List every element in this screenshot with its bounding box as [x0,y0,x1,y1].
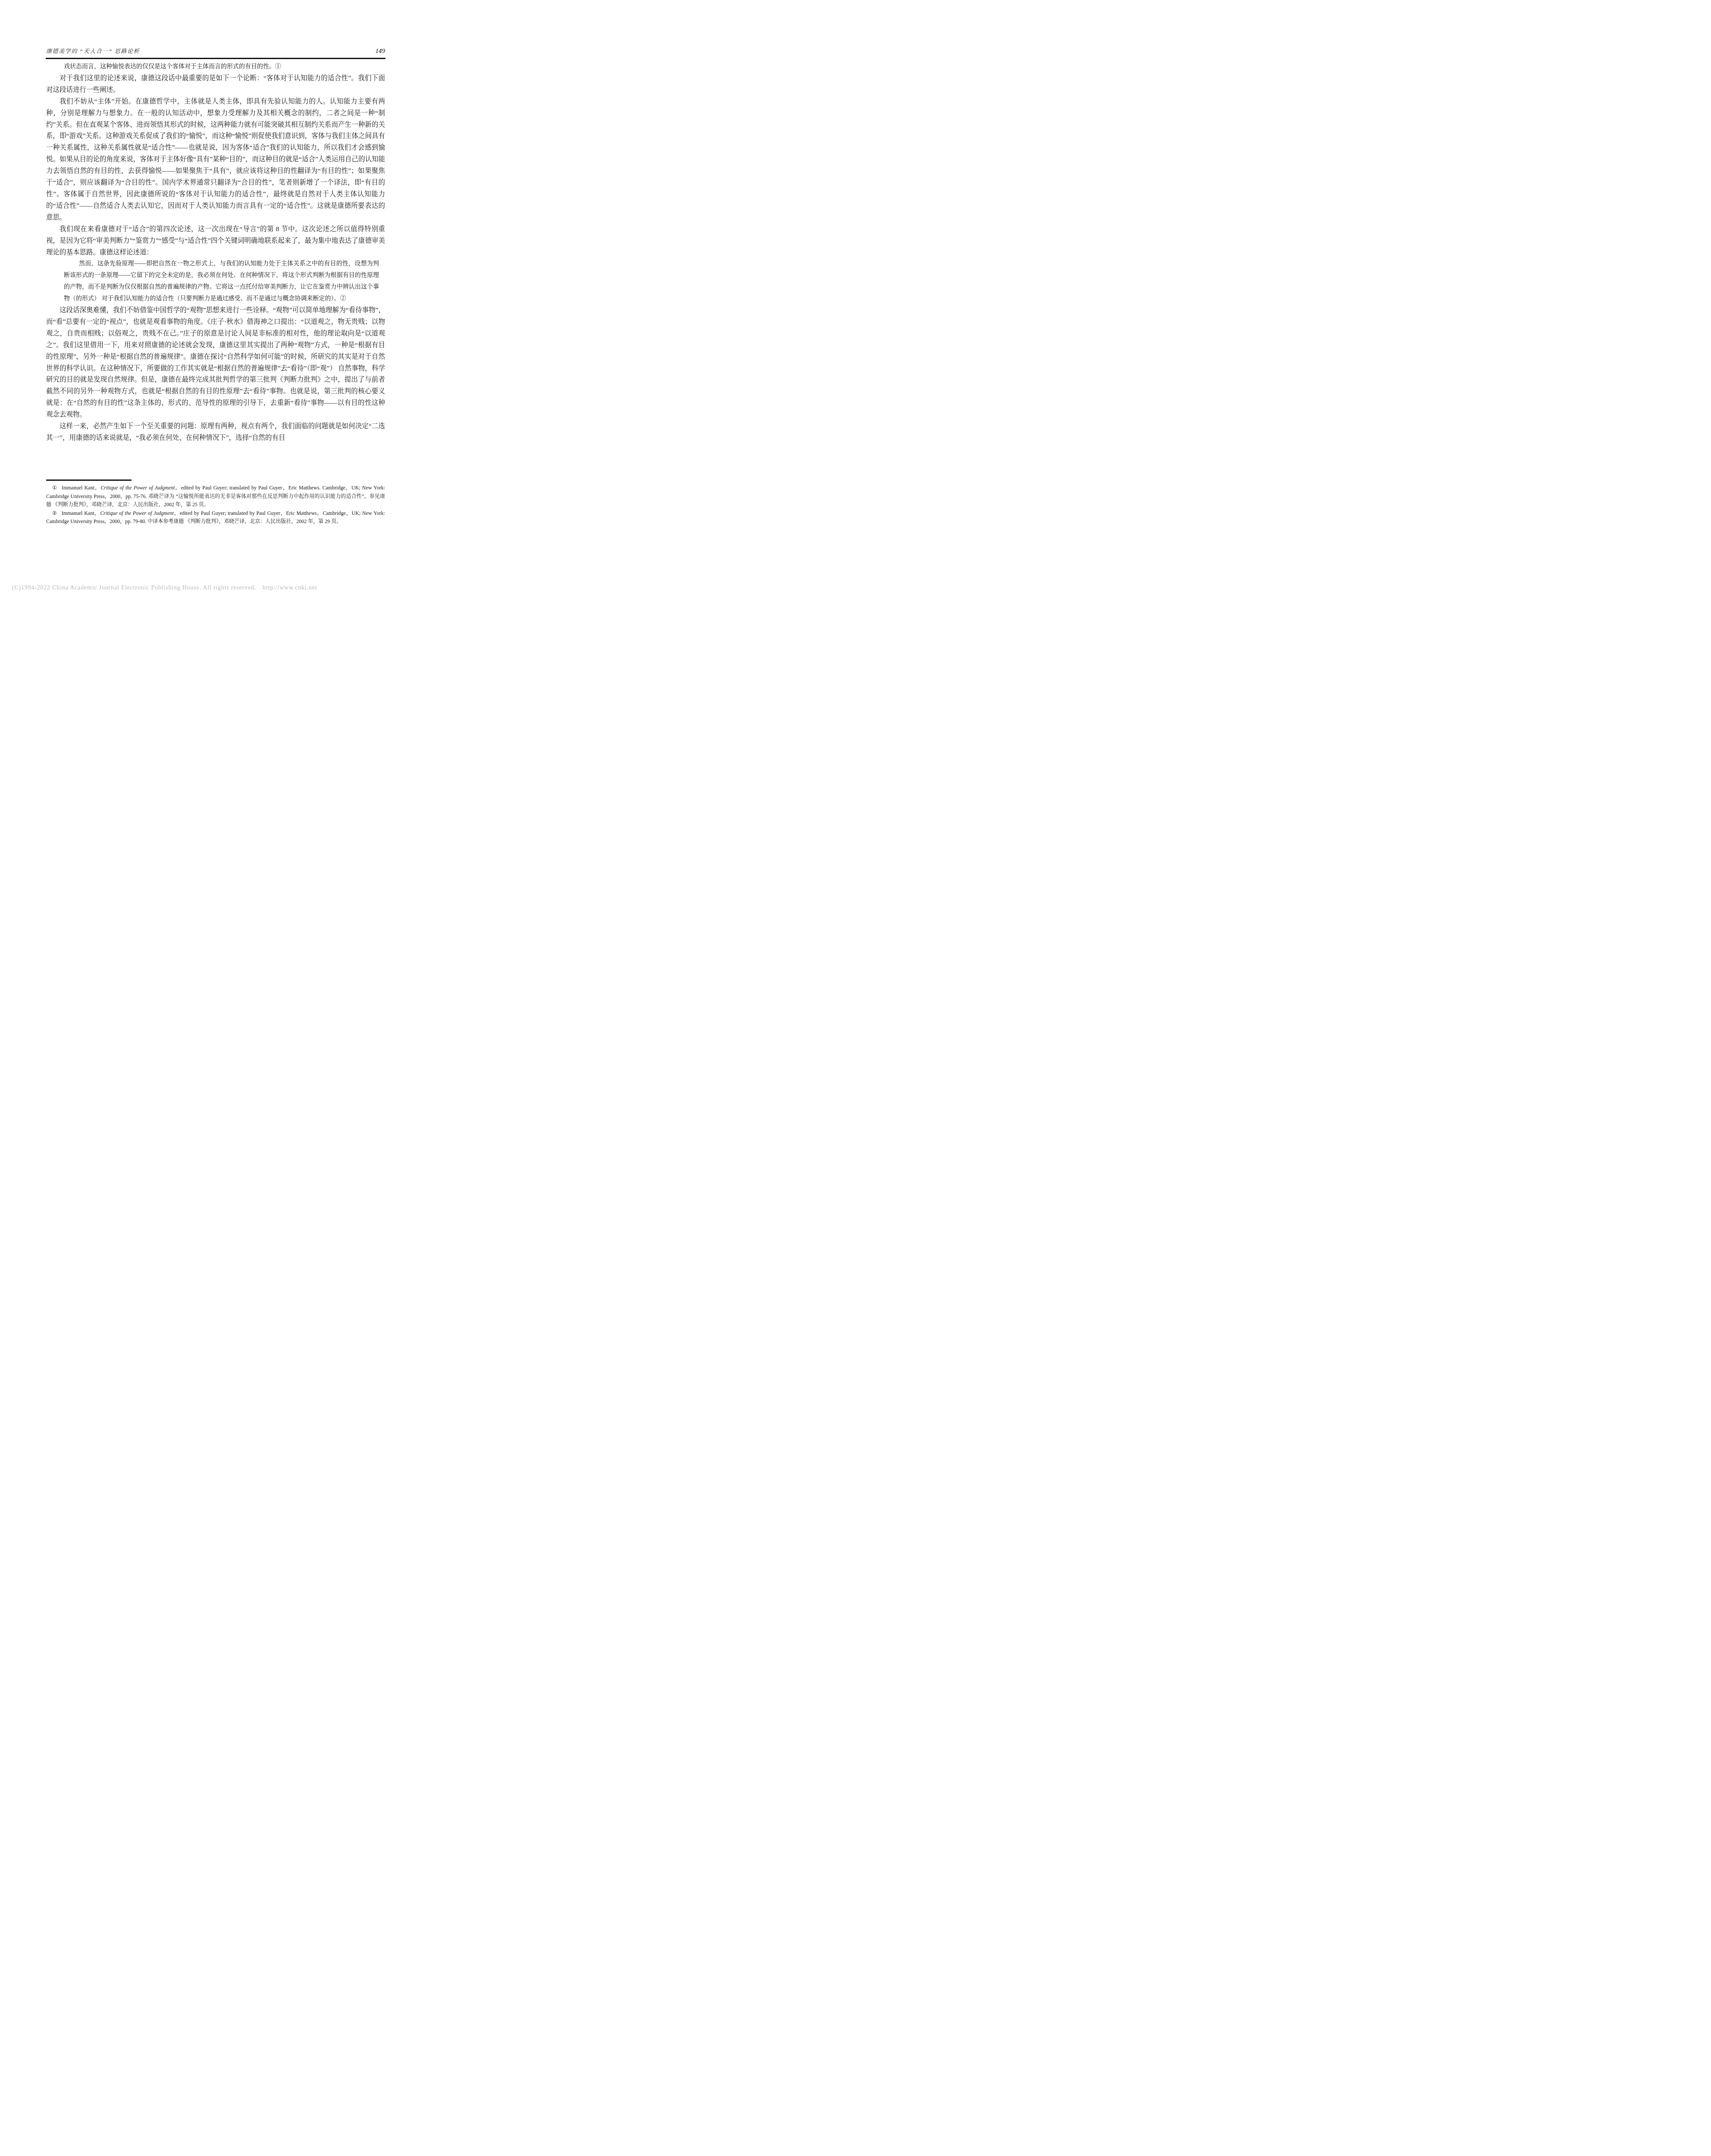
footnote-1-marker: ① [46,485,62,491]
footnote-1-lead: Immanuel Kant， [62,485,100,491]
footnotes: ①Immanuel Kant，Critique of the Power of … [46,484,385,526]
cnki-url: http://www.cnki.net [263,585,317,592]
scanned-paper-page: 康德美学的 “天人合一” 思路论析 149 戏状态而言，这种愉悦表达的仅仅是这个… [0,0,428,605]
body-paragraph: 对于我们这里的论述来说，康德这段话中最重要的是如下一个论断：“客体对于认知能力的… [46,73,385,96]
header-rule [46,58,385,59]
kant-blockquote: 然而，这条先验原理——即把自然在一物之形式上，与我们的认知能力处于主体关系之中的… [64,258,379,305]
body-paragraph: 我们现在来看康德对于“适合”的第四次论述，这一次出现在“导言”的第 8 节中。这… [46,224,385,259]
footnote-2: ②Immanuel Kant，Critique of the Power of … [46,509,385,526]
paper-title: 康德美学的 “天人合一” 思路论析 [46,47,140,55]
footnote-1-book-title: Critique of the Power of Judgment [100,485,175,491]
footnote-2-lead: Immanuel Kant， [62,510,100,516]
body-text: 戏状态而言，这种愉悦表达的仅仅是这个客体对于主体而言的形式的有目的性。① 对于我… [46,61,385,444]
body-paragraph: 这样一来，必然产生如下一个至关重要的问题：原理有两种，视点有两个，我们面临的问题… [46,421,385,444]
quote-continuation-paragraph: 戏状态而言，这种愉悦表达的仅仅是这个客体对于主体而言的形式的有目的性。① [64,61,385,73]
running-header: 康德美学的 “天人合一” 思路论析 149 [46,47,385,55]
body-paragraph: 我们不妨从“主体”开始。在康德哲学中，主体就是人类主体，即具有先验认知能力的人。… [46,96,385,224]
scan-footer: (C)1994-2022 China Academic Journal Elec… [12,585,417,592]
footnote-1: ①Immanuel Kant，Critique of the Power of … [46,484,385,509]
footnote-separator-rule [46,479,132,481]
page-number: 149 [376,48,385,55]
copyright-text: (C)1994-2022 China Academic Journal Elec… [12,585,256,592]
footnote-2-book-title: Critique of the Power of Judgment [100,510,174,516]
footnote-2-marker: ② [46,510,62,516]
body-paragraph: 这段话深奥难懂，我们不妨借鉴中国哲学的“观物”思想来进行一些诠释。“观物”可以简… [46,305,385,421]
